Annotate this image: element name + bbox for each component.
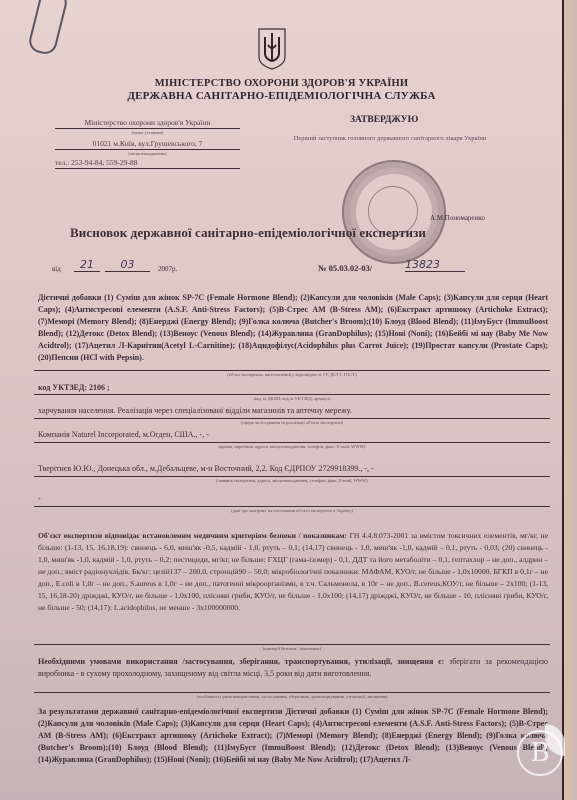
- divider: [34, 370, 550, 371]
- divider: [34, 394, 550, 395]
- document-title: Висновок державної санітарно-епідеміолог…: [70, 225, 426, 241]
- contract-text: -: [38, 493, 548, 505]
- signer-name: А.М.Пономаренко: [430, 214, 485, 222]
- trident-emblem-icon: [257, 27, 287, 71]
- institution-name: Міністерство охорони здоров'я України: [55, 118, 240, 129]
- conclusion-lead: За результатами державної санітарно-епід…: [38, 707, 282, 716]
- safety-criteria: Об'єкт експертизи відповідає встановлени…: [38, 530, 548, 614]
- service-heading: ДЕРЖАВНА САНІТАРНО-ЕПІДЕМІОЛОГІЧНА СЛУЖБ…: [0, 90, 563, 102]
- object-caption: (об'єкт експертизи, виготовлений у відпо…: [34, 372, 550, 377]
- divider: [34, 644, 550, 645]
- divider: [34, 476, 550, 477]
- conditions-caption: (особливості умов використання, застосув…: [34, 694, 550, 699]
- divider: [34, 506, 550, 507]
- applicant-text: Тверітнєв Ю.Ю., Донецька обл., м.Дебальц…: [38, 463, 548, 475]
- address-caption: (місцезнаходження): [55, 151, 240, 156]
- page-background: [564, 0, 577, 800]
- applicant-caption: (заявник експертизи, адреса, місцезнаход…: [34, 478, 550, 483]
- code-caption: (код за ДКПП, код за УКТЗЕД, артикул): [34, 396, 550, 401]
- approval-position: Перший заступник головного державного са…: [270, 135, 510, 143]
- institution-caption: (назва установи): [55, 130, 240, 135]
- criteria-lead: Об'єкт експертизи відповідає встановлени…: [38, 531, 347, 540]
- date-prefix: від: [52, 265, 61, 273]
- document-number-prefix: № 05.03.02-03/: [318, 263, 372, 273]
- ministry-heading: МІНІСТЕРСТВО ОХОРОНИ ЗДОРОВ'Я УКРАЇНИ: [0, 78, 563, 89]
- expertise-object-text: Дієтичні добавки (1) Суміш для жінок SP-…: [38, 292, 548, 364]
- uktzed-code: код УКТЗЕД: 2106 ;: [38, 382, 548, 394]
- watermark-logo-icon: В: [517, 730, 563, 776]
- date-year: 2007р.: [158, 265, 177, 273]
- criteria-caption: (критерії безпеки / показники): [34, 646, 550, 651]
- official-stamp-icon: [342, 160, 446, 264]
- divider: [34, 692, 550, 693]
- conclusion: За результатами державної санітарно-епід…: [38, 706, 548, 766]
- institution-address: 01021 м.Київ, вул.Грушевського, 7: [55, 139, 240, 150]
- document-number: 13823: [405, 258, 465, 272]
- contract-caption: (дані про контракт на постачання об'єкта…: [34, 508, 550, 513]
- date-day: 21: [74, 258, 100, 272]
- conditions-lead: Необхідними умовами використання /застос…: [38, 657, 444, 666]
- usage-conditions: Необхідними умовами використання /застос…: [38, 656, 548, 680]
- manufacturer-text: Компанія Naturel Incorporated, м.Огден, …: [38, 429, 548, 441]
- approval-label: ЗАТВЕРДЖУЮ: [350, 115, 418, 125]
- criteria-text: ГН 4.4.8.073-2001 за вмістом токсичних е…: [38, 531, 548, 612]
- divider: [34, 442, 550, 443]
- scope-caption: (сфера застосування та реалізації об'єкт…: [34, 420, 550, 425]
- institution-phone: тел.: 253-94-84, 559-29-88: [55, 158, 240, 169]
- date-month: 03: [105, 258, 150, 272]
- divider: [34, 418, 550, 419]
- scope-text: харчування населення. Реалізація через с…: [38, 405, 548, 417]
- manufacturer-caption: (країна, виробник, адреса, місцезнаходже…: [34, 444, 550, 449]
